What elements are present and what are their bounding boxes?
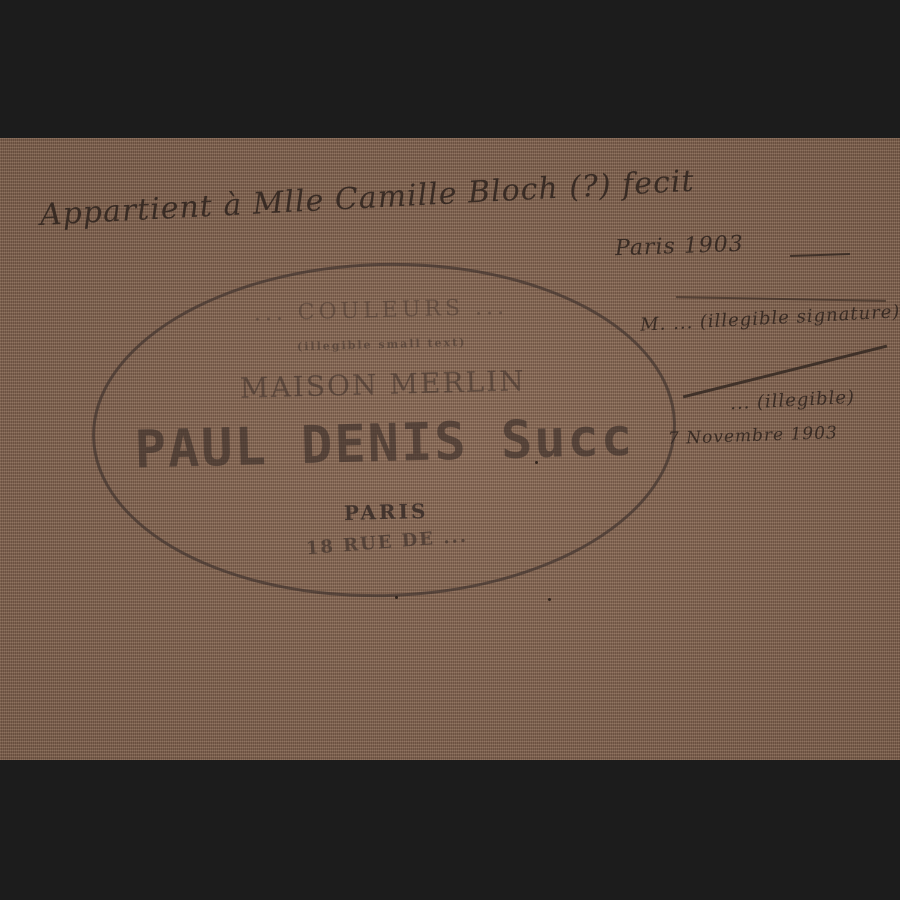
merchant-stamp: ... COULEURS ... (illegible small text) … xyxy=(88,255,681,604)
stamp-top-text: ... COULEURS ... xyxy=(92,290,670,330)
inscription-date: 7 Novembre 1903 xyxy=(668,423,838,449)
inscription-place-date: Paris 1903 xyxy=(615,232,745,261)
stamp-maison: MAISON MERLIN xyxy=(93,360,672,408)
stamp-subtitle: (illegible small text) xyxy=(93,330,671,358)
ink-speck xyxy=(395,596,398,599)
inscription-signature: M. ... (illegible signature) xyxy=(640,301,900,336)
underline-stroke xyxy=(676,296,886,302)
ink-speck xyxy=(535,461,538,464)
inscription-owner: Appartient à Mlle Camille Bloch (?) feci… xyxy=(39,164,695,233)
stamp-main: PAUL DENIS Succ xyxy=(95,406,674,481)
ink-speck xyxy=(548,598,551,601)
underline-stroke xyxy=(790,253,850,257)
inscription-note: ... (illegible) xyxy=(730,387,856,415)
canvas-back: Appartient à Mlle Camille Bloch (?) feci… xyxy=(0,138,900,760)
